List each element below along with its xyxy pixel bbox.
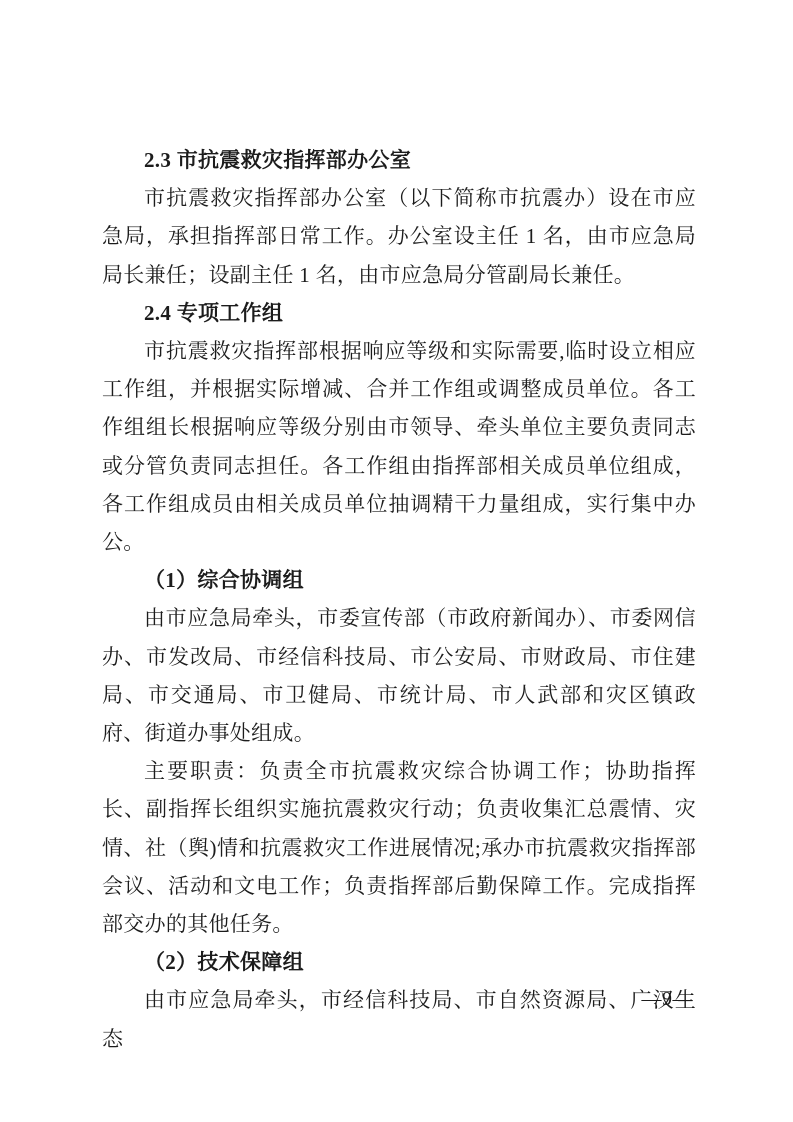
subheading-group-1-coordination: （1）综合协调组 — [102, 561, 696, 599]
section-heading-2-3: 2.3 市抗震救灾指挥部办公室 — [102, 141, 696, 179]
section-heading-2-4: 2.4 专项工作组 — [102, 294, 696, 332]
document-body: 2.3 市抗震救灾指挥部办公室 市抗震救灾指挥部办公室（以下简称市抗震办）设在市… — [102, 141, 696, 1058]
paragraph-office-description: 市抗震救灾指挥部办公室（以下简称市抗震办）设在市应急局，承担指挥部日常工作。办公… — [102, 179, 696, 294]
subheading-group-2-technical-support: （2）技术保障组 — [102, 943, 696, 981]
paragraph-group-1-duties: 主要职责：负责全市抗震救灾综合协调工作；协助指挥长、副指挥长组织实施抗震救灾行动… — [102, 752, 696, 943]
paragraph-group-1-members: 由市应急局牵头，市委宣传部（市政府新闻办）、市委网信办、市发改局、市经信科技局、… — [102, 599, 696, 752]
document-page: 2.3 市抗震救灾指挥部办公室 市抗震救灾指挥部办公室（以下简称市抗震办）设在市… — [0, 0, 793, 1122]
paragraph-workgroup-description: 市抗震救灾指挥部根据响应等级和实际需要,临时设立相应工作组，并根据实际增减、合并… — [102, 332, 696, 561]
page-number: —9— — [0, 986, 693, 1012]
